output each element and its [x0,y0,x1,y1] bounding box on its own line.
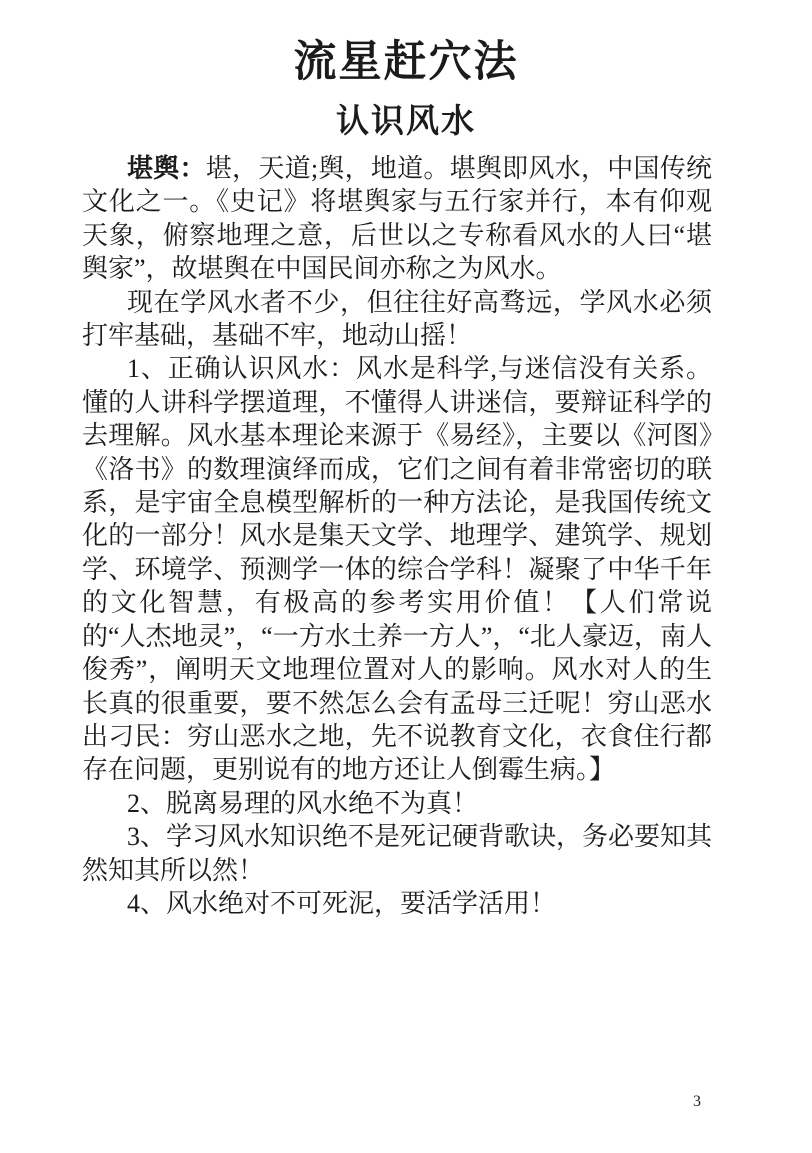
paragraph-kanyu-definition: 堪舆：堪，天道;舆，地道。堪舆即风水，中国传统文化之一。《史记》将堪舆家与五行家… [82,152,712,286]
paragraph-point-4: 4、风水绝对不可死泥，要活学活用！ [82,887,712,920]
paragraph-point-2: 2、脱离易理的风水绝不为真！ [82,787,712,820]
document-body: 堪舆：堪，天道;舆，地道。堪舆即风水，中国传统文化之一。《史记》将堪舆家与五行家… [82,152,712,920]
page-title: 流星赶穴法 [0,0,812,88]
page-subtitle: 认识风水 [0,102,812,142]
paragraph-study-foundation: 现在学风水者不少，但往往好高骛远，学风水必须打牢基础，基础不牢，地动山摇！ [82,286,712,353]
paragraph-point-1: 1、正确认识风水：风水是科学,与迷信没有关系。懂的人讲科学摆道理，不懂得人讲迷信… [82,352,712,786]
page-number: 3 [693,1092,701,1112]
document-page: 流星赶穴法 认识风水 堪舆：堪，天道;舆，地道。堪舆即风水，中国传统文化之一。《… [0,0,812,1153]
paragraph-point-3: 3、学习风水知识绝不是死记硬背歌诀，务必要知其然知其所以然！ [82,820,712,887]
paragraph-lead-term: 堪舆： [127,154,206,183]
